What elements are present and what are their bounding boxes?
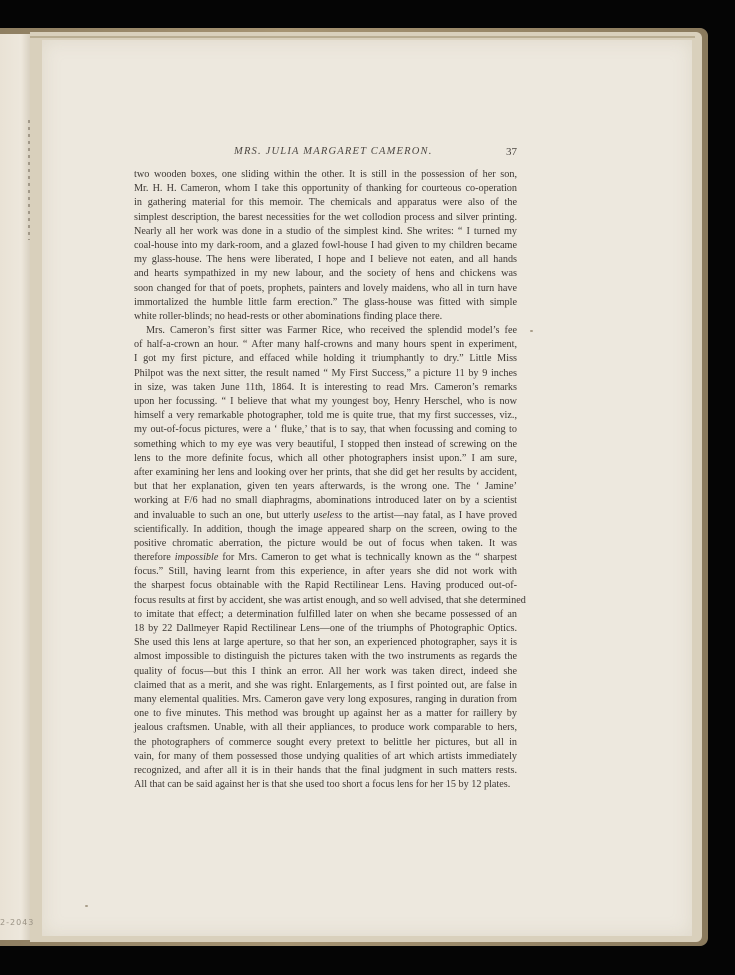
text-line: something which to my eye was very beaut… <box>134 438 517 452</box>
text-line: focus results at first by accident, she … <box>134 594 517 608</box>
text-line: Mr. H. H. Cameron, whom I take this oppo… <box>134 182 517 196</box>
text-line: focus.” Still, having learnt from this e… <box>134 565 517 579</box>
text-line: two wooden boxes, one sliding within the… <box>134 168 517 182</box>
text-line: working at F/6 had no small diaphragms, … <box>134 494 517 508</box>
text-line: almost impossible to distinguish the pic… <box>134 650 517 664</box>
text-line: my glass-house. The hens were liberated,… <box>134 253 517 267</box>
running-head: MRS. JULIA MARGARET CAMERON. 37 <box>134 146 517 162</box>
paper-speck <box>530 330 533 332</box>
text-line: of half-a-crown an hour. “ After many ha… <box>134 338 517 352</box>
text-line: coal-house into my dark-room, and a glaz… <box>134 239 517 253</box>
text-line: immortalized the humble little farm erec… <box>134 296 517 310</box>
text-line: himself a very remarkable photographer, … <box>134 409 517 423</box>
text-line: jealous craftsmen. Unable, with all thei… <box>134 721 517 735</box>
text-line: recognized, and after all it is in their… <box>134 764 517 778</box>
text-line: after examining her lens and looking ove… <box>134 466 517 480</box>
body-text: two wooden boxes, one sliding within the… <box>134 168 517 792</box>
facing-page-edge <box>0 34 31 940</box>
text-line: simplest description, the barest necessi… <box>134 211 517 225</box>
text-line: white roller-blinds; no head-rests or ot… <box>134 310 517 324</box>
text-line: in size, was taken June 11th, 1864. It i… <box>134 381 517 395</box>
accession-number: 2-2043 <box>0 918 34 927</box>
text-line: therefore impossible for Mrs. Cameron to… <box>134 551 517 565</box>
text-line: 18 by 22 Dallmeyer Rapid Rectilinear Len… <box>134 622 517 636</box>
paper-speck <box>85 905 88 907</box>
text-line: I got my first picture, and effaced whil… <box>134 352 517 366</box>
text-line: one to five minutes. This method was bro… <box>134 707 517 721</box>
text-line: lens to the more definite focus, which a… <box>134 452 517 466</box>
text-line: claimed that as a merit, and she was rig… <box>134 679 517 693</box>
text-line: scientifically. In addition, though the … <box>134 523 517 537</box>
text-line: and invaluable to such an one, but utter… <box>134 509 517 523</box>
text-line: many elemental qualities. Mrs. Cameron g… <box>134 693 517 707</box>
text-line: to imitate that effect; a determination … <box>134 608 517 622</box>
page-number: 37 <box>506 146 517 158</box>
text-line: in gathering material for this memoir. T… <box>134 196 517 210</box>
text-line: Philpot was the next sitter, the result … <box>134 367 517 381</box>
text-line: upon her focussing. “ I believe that wha… <box>134 395 517 409</box>
text-line: positive chromatic aberration, the pictu… <box>134 537 517 551</box>
text-line: the sharpest focus obtainable with the R… <box>134 579 517 593</box>
text-line: the photographers of commerce sought eve… <box>134 736 517 750</box>
text-line: vain, for many of them possessed those u… <box>134 750 517 764</box>
text-line: Nearly all her work was done in a studio… <box>134 225 517 239</box>
running-head-title: MRS. JULIA MARGARET CAMERON. <box>234 146 433 157</box>
text-line: All that can be said against her is that… <box>134 778 517 792</box>
text-line: and hearts sympathized in my new labour,… <box>134 267 517 281</box>
text-line: quality of focus—but this I think an err… <box>134 665 517 679</box>
text-line: soon changed for that of poets, prophets… <box>134 282 517 296</box>
text-line: my out-of-focus pictures, were a ‘ fluke… <box>134 423 517 437</box>
page-top-edge <box>30 36 695 38</box>
text-line: Mrs. Cameron’s first sitter was Farmer R… <box>134 324 517 338</box>
text-line: She used this lens at large aperture, so… <box>134 636 517 650</box>
text-line: but that her explanation, given ten year… <box>134 480 517 494</box>
